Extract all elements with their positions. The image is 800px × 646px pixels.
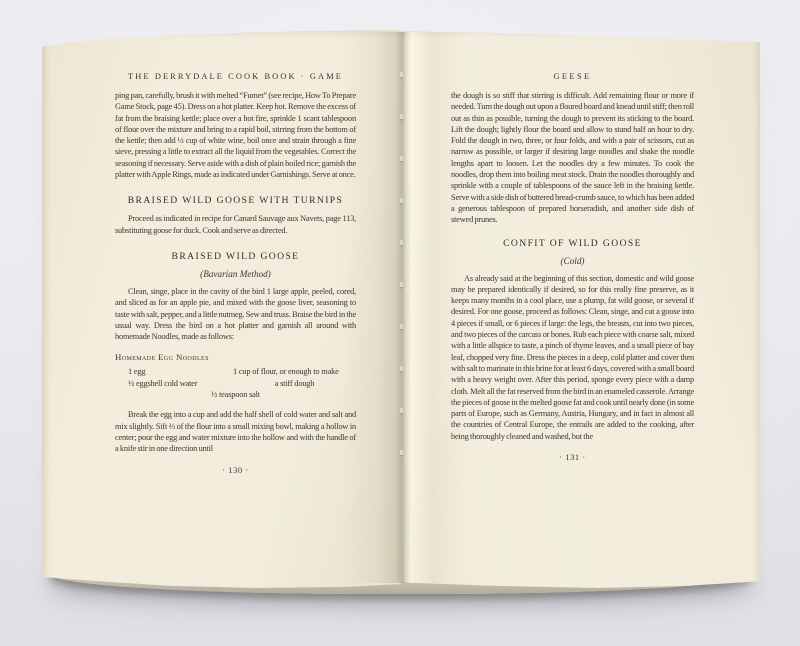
paragraph-noodle-method: Break the egg into a cup and add the hal… [115,409,356,454]
ingredient-row: ½ eggshell cold water a stiff dough [115,378,356,389]
subheading-cold: (Cold) [451,256,694,266]
subheading-bavarian-method: (Bavarian Method) [115,269,356,279]
heading-braised-wild-goose-with-turnips: BRAISED WILD GOOSE WITH TURNIPS [115,195,356,206]
left-text-block: THE DERRYDALE COOK BOOK · GAME ping pan,… [115,72,356,475]
ingredient-stiff-dough: a stiff dough [233,378,356,389]
ingredient-egg: 1 egg [115,366,233,377]
paragraph-turnips: Proceed as indicated in recipe for Canar… [115,213,356,236]
page-number-right: · 131 · [451,452,694,462]
ingredient-list: 1 egg 1 cup of flour, or enough to make … [115,366,356,400]
paragraph-fumet-continuation: ping pan, carefully, brush it with melte… [115,90,356,180]
ingredient-salt: ½ teaspoon salt [115,389,356,400]
paragraph-dough-continuation: the dough is so stiff that stirring is d… [451,90,694,226]
ingredient-row: 1 egg 1 cup of flour, or enough to make [115,366,356,377]
heading-braised-wild-goose: BRAISED WILD GOOSE [115,251,356,262]
binding-stitches [400,72,403,482]
left-page: THE DERRYDALE COOK BOOK · GAME ping pan,… [42,30,401,588]
ingredient-eggshell-water: ½ eggshell cold water [115,378,233,389]
open-book: THE DERRYDALE COOK BOOK · GAME ping pan,… [42,30,760,588]
heading-homemade-egg-noodles: Homemade Egg Noodles [115,352,356,362]
running-head-left: THE DERRYDALE COOK BOOK · GAME [115,72,356,81]
right-page: GEESE the dough is so stiff that stirrin… [401,30,760,588]
page-number-left: · 130 · [115,465,356,475]
ingredient-flour: 1 cup of flour, or enough to make [233,366,356,377]
running-head-right: GEESE [451,72,694,81]
paragraph-braised-goose: Clean, singe, place in the cavity of the… [115,286,356,342]
paragraph-confit: As already said at the beginning of this… [451,273,694,442]
photo-background: THE DERRYDALE COOK BOOK · GAME ping pan,… [0,0,800,646]
right-text-block: GEESE the dough is so stiff that stirrin… [451,72,694,462]
heading-confit-of-wild-goose: CONFIT OF WILD GOOSE [451,238,694,249]
